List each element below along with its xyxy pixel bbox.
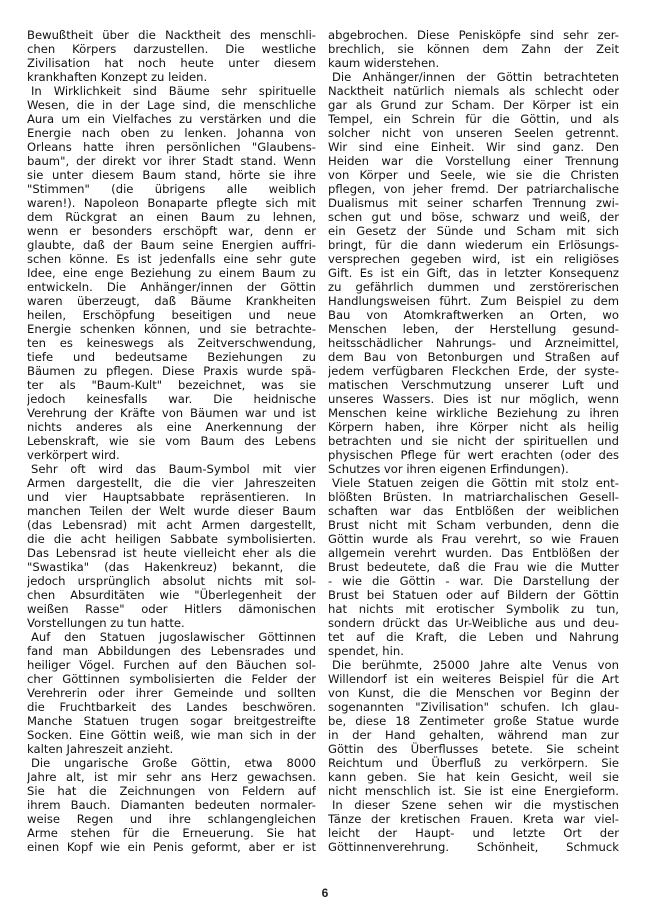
- text-line: ihrem Bauch. Diamanten bedeuten normaler…: [27, 798, 316, 812]
- text-line: die Fruchtbarkeit des Landes beschwören.: [27, 700, 316, 714]
- text-line: und vier Hauptsabbate repräsentieren. In: [27, 490, 316, 504]
- document-page: Bewußtheit über die Nacktheit des mensch…: [0, 0, 650, 916]
- text-line: "Swastika" (das Hakenkreuz) bekannt, die: [27, 560, 316, 574]
- text-line: schen könne. Es ist jedenfalls eine sehr…: [27, 252, 316, 266]
- text-line: entwickeln. Die Anhänger/innen der Götti…: [27, 280, 316, 294]
- text-line: waren!). Napoleon Bonaparte pflegte sich…: [27, 196, 316, 210]
- text-line: Schutzes vor ihren eigenen Erfindungen).: [328, 462, 619, 476]
- text-line: einen Kopf wie ein Penis geformt, aber e…: [27, 840, 316, 854]
- text-line: ein Gesetz der Sünde und Scham mit sich: [328, 224, 619, 238]
- text-line: Das Lebensrad ist heute vielleicht eher …: [27, 546, 316, 560]
- text-line: Menschen keine wirkliche Beziehung zu ih…: [328, 406, 619, 420]
- text-line: Zivilisation hat noch heute unter diesem: [27, 56, 316, 70]
- text-line: Energie schenken können, und sie betrach…: [27, 322, 316, 336]
- text-line: dem Bau von Betonburgen und Straßen auf: [328, 350, 619, 364]
- text-line: "Stimmen" (die übrigens alle weiblich: [27, 182, 316, 196]
- text-line: abgebrochen. Diese Penisköpfe sind sehr …: [328, 28, 619, 42]
- text-line: Viele Statuen zeigen die Göttin mit stol…: [328, 476, 619, 490]
- text-line: sondern drückt das Ur-Weibliche aus und …: [328, 616, 619, 630]
- text-line: hat nichts mit erotischer Symbolik zu tu…: [328, 602, 619, 616]
- text-line: von Kunst, die die Menschen vor Beginn d…: [328, 686, 619, 700]
- text-line: Handlungsweisen führt. Zum Beispiel zu d…: [328, 294, 619, 308]
- text-line: in der Hand gehalten, während man zur: [328, 728, 619, 742]
- left-text-column: Bewußtheit über die Nacktheit des mensch…: [27, 28, 316, 854]
- text-line: glaubte, daß der Baum seine Energien auf…: [27, 238, 316, 252]
- text-line: Wir sind eine Einheit. Wir sind ganz. De…: [328, 140, 619, 154]
- text-line: Brust bei Statuen oder auf Bildern der G…: [328, 588, 619, 602]
- text-line: Körpern haben, ihre Körper nicht als hei…: [328, 420, 619, 434]
- text-line: In Wirklichkeit sind Bäume sehr spiritue…: [27, 84, 316, 98]
- text-line: chen Absurditäten wie "Überlegenheit der: [27, 588, 316, 602]
- text-line: wenn er besonders erschöpft war, denn er: [27, 224, 316, 238]
- text-line: ter als "Baum-Kult" bezeichnet, was sie: [27, 378, 316, 392]
- text-line: ten es keineswegs als Zeitverschwendung,: [27, 336, 316, 350]
- text-line: Wesen, die in der Lage sind, die menschl…: [27, 98, 316, 112]
- text-line: Verehrung der Kräfte von Bäumen war und …: [27, 406, 316, 420]
- text-line: Heiden war die Vorstellung einer Trennun…: [328, 154, 619, 168]
- text-line: weißen Rasse" oder Hitlers dämonischen: [27, 602, 316, 616]
- text-line: weise Regen und ihre schlangengleichen: [27, 812, 316, 826]
- text-line: zu gefährlich dummen und zerstörerischen: [328, 280, 619, 294]
- text-line: In dieser Szene sehen wir die mystischen: [328, 798, 619, 812]
- text-line: bringt, für die dann wiederum ein Erlösu…: [328, 238, 619, 252]
- text-line: Arme stehen für die Erneuerung. Sie hat: [27, 826, 316, 840]
- text-line: jedoch ursprünglich absolut nichts mit s…: [27, 574, 316, 588]
- text-line: kaum widerstehen.: [328, 56, 619, 70]
- text-line: allgemein verehrt wurden. Das Entblößen …: [328, 546, 619, 560]
- text-line: Sie hat die Zeichnungen von Feldern auf: [27, 784, 316, 798]
- text-line: krankhaften Konzept zu leiden.: [27, 70, 316, 84]
- text-line: Energie nach oben zu lenken. Johanna von: [27, 126, 316, 140]
- text-line: Brust nicht mit Scham verbunden, denn di…: [328, 518, 619, 532]
- text-line: nicht menschlich ist. Sie ist eine Energ…: [328, 784, 619, 798]
- text-line: kalten Jahreszeit anzieht.: [27, 742, 316, 756]
- text-line: Lebenskraft, wie sie vom Baum des Lebens: [27, 434, 316, 448]
- text-line: be, diese 18 Zentimeter große Statue wur…: [328, 714, 619, 728]
- text-line: manchen Teilen der Welt wurde dieser Bau…: [27, 504, 316, 518]
- text-line: fand man Abbildungen des Lebensrades und: [27, 644, 316, 658]
- text-line: Göttin wurde als Frau verehrt, so wie Fr…: [328, 532, 619, 546]
- text-line: tiefe und bedeutsame Beziehungen zu: [27, 350, 316, 364]
- text-line: schaften war das Entblößen der weibliche…: [328, 504, 619, 518]
- text-line: Tempel, ein Schrein für die Göttin, und …: [328, 112, 619, 126]
- text-line: Göttin des Überflusses betete. Sie schei…: [328, 742, 619, 756]
- text-line: brechlich, sie können dem Zahn der Zeit: [328, 42, 619, 56]
- text-line: betrachten und sie nicht der spirituelle…: [328, 434, 619, 448]
- right-text-column: abgebrochen. Diese Penisköpfe sind sehr …: [328, 28, 619, 854]
- text-line: Nacktheit natürlich niemals als schlecht…: [328, 84, 619, 98]
- text-line: gar als Grund zur Scham. Der Körper ist …: [328, 98, 619, 112]
- text-line: Aura um ein Vielfaches zu verstärken und…: [27, 112, 316, 126]
- text-line: Die ungarische Große Göttin, etwa 8000: [27, 756, 316, 770]
- text-line: unseres Wassers. Dies ist nur möglich, w…: [328, 392, 619, 406]
- text-line: Manche Statuen trugen sogar breitgestrei…: [27, 714, 316, 728]
- text-line: Idee, eine enge Beziehung zu einem Baum …: [27, 266, 316, 280]
- text-line: Die berühmte, 25000 Jahre alte Venus von: [328, 658, 619, 672]
- text-line: Göttinnenverehrung. Schönheit, Schmuck: [328, 840, 619, 854]
- text-line: (das Lebensrad) mit acht Armen dargestel…: [27, 518, 316, 532]
- text-line: leicht der Haupt- und letzte Ort der: [328, 826, 619, 840]
- text-line: Verehrerin oder ihrer Gemeinde und sollt…: [27, 686, 316, 700]
- text-line: kann geben. Sie hat kein Gesicht, weil s…: [328, 770, 619, 784]
- text-line: nichts anderes als eine Anerkennung der: [27, 420, 316, 434]
- text-line: Bau von Atomkraftwerken an Orten, wo: [328, 308, 619, 322]
- text-line: jedem verfügbaren Fleckchen Erde, der sy…: [328, 364, 619, 378]
- text-line: verkörpert wird.: [27, 448, 316, 462]
- text-line: Tänze der kretischen Frauen. Kreta war v…: [328, 812, 619, 826]
- text-line: solcher nicht von unseren Seelen getrenn…: [328, 126, 619, 140]
- text-line: Dualismus mit seiner scharfen Trennung z…: [328, 196, 619, 210]
- text-line: pflegen, von jeher fremd. Der patriarcha…: [328, 182, 619, 196]
- text-line: Vorstellungen zu tun hatte.: [27, 616, 316, 630]
- text-line: versprechen gegeben wird, ist ein religi…: [328, 252, 619, 266]
- text-line: Orleans hatte ihren persönlichen "Glaube…: [27, 140, 316, 154]
- text-line: heiliger Vögel. Furchen auf den Bäuchen …: [27, 658, 316, 672]
- text-line: Menschen leben, der Herstellung gesund-: [328, 322, 619, 336]
- text-line: Brust bedeutete, daß die Frau wie die Mu…: [328, 560, 619, 574]
- text-line: Jahre alt, ist mir sehr ans Herz gewachs…: [27, 770, 316, 784]
- text-line: sogenannten "Zivilisation" schufen. Ich …: [328, 700, 619, 714]
- page-number: 6: [0, 886, 650, 900]
- text-line: von Körper und Seele, wie sie die Christ…: [328, 168, 619, 182]
- text-line: cher Göttinnen symbolisierten die Felder…: [27, 672, 316, 686]
- text-line: heitsschädlicher Nahrungs- und Arzneimit…: [328, 336, 619, 350]
- text-line: blößten Brüsten. In matriarchalischen Ge…: [328, 490, 619, 504]
- text-line: - wie die Göttin - war. Die Darstellung …: [328, 574, 619, 588]
- text-line: dem Rückgrat an einen Baum zu lehnen,: [27, 210, 316, 224]
- text-line: physischen Pflege für wert erachten (ode…: [328, 448, 619, 462]
- text-line: tet auf die Kraft, die Leben und Nahrung: [328, 630, 619, 644]
- text-line: Socken. Eine Göttin weiß, wie man sich i…: [27, 728, 316, 742]
- text-line: Sehr oft wird das Baum-Symbol mit vier: [27, 462, 316, 476]
- text-line: Auf den Statuen jugoslawischer Göttinnen: [27, 630, 316, 644]
- text-line: Reichtum und Überfluß zu verkörpern. Sie: [328, 756, 619, 770]
- text-line: schen gut und böse, schwarz und weiß, de…: [328, 210, 619, 224]
- text-line: sie unter diesem Baum stand, hörte sie i…: [27, 168, 316, 182]
- text-line: chen Körpers darzustellen. Die westliche: [27, 42, 316, 56]
- text-line: heilen, Erschöpfung beseitigen und neue: [27, 308, 316, 322]
- text-line: Gift. Es ist ein Gift, das in letzter Ko…: [328, 266, 619, 280]
- text-line: spendet, hin.: [328, 644, 619, 658]
- text-line: Die Anhänger/innen der Göttin betrachtet…: [328, 70, 619, 84]
- text-line: waren überzeugt, daß Bäume Krankheiten: [27, 294, 316, 308]
- text-line: jedoch keinesfalls war. Die heidnische: [27, 392, 316, 406]
- text-line: Armen dargestellt, die die vier Jahresze…: [27, 476, 316, 490]
- text-line: baum", der direkt vor ihrer Stadt stand.…: [27, 154, 316, 168]
- text-line: die die acht heiligen Sabbate symbolisie…: [27, 532, 316, 546]
- text-line: Bewußtheit über die Nacktheit des mensch…: [27, 28, 316, 42]
- text-line: matischen Verschmutzung unserer Luft und: [328, 378, 619, 392]
- text-line: Bäumen zu pflegen. Diese Praxis wurde sp…: [27, 364, 316, 378]
- text-line: Willendorf ist ein weiteres Beispiel für…: [328, 672, 619, 686]
